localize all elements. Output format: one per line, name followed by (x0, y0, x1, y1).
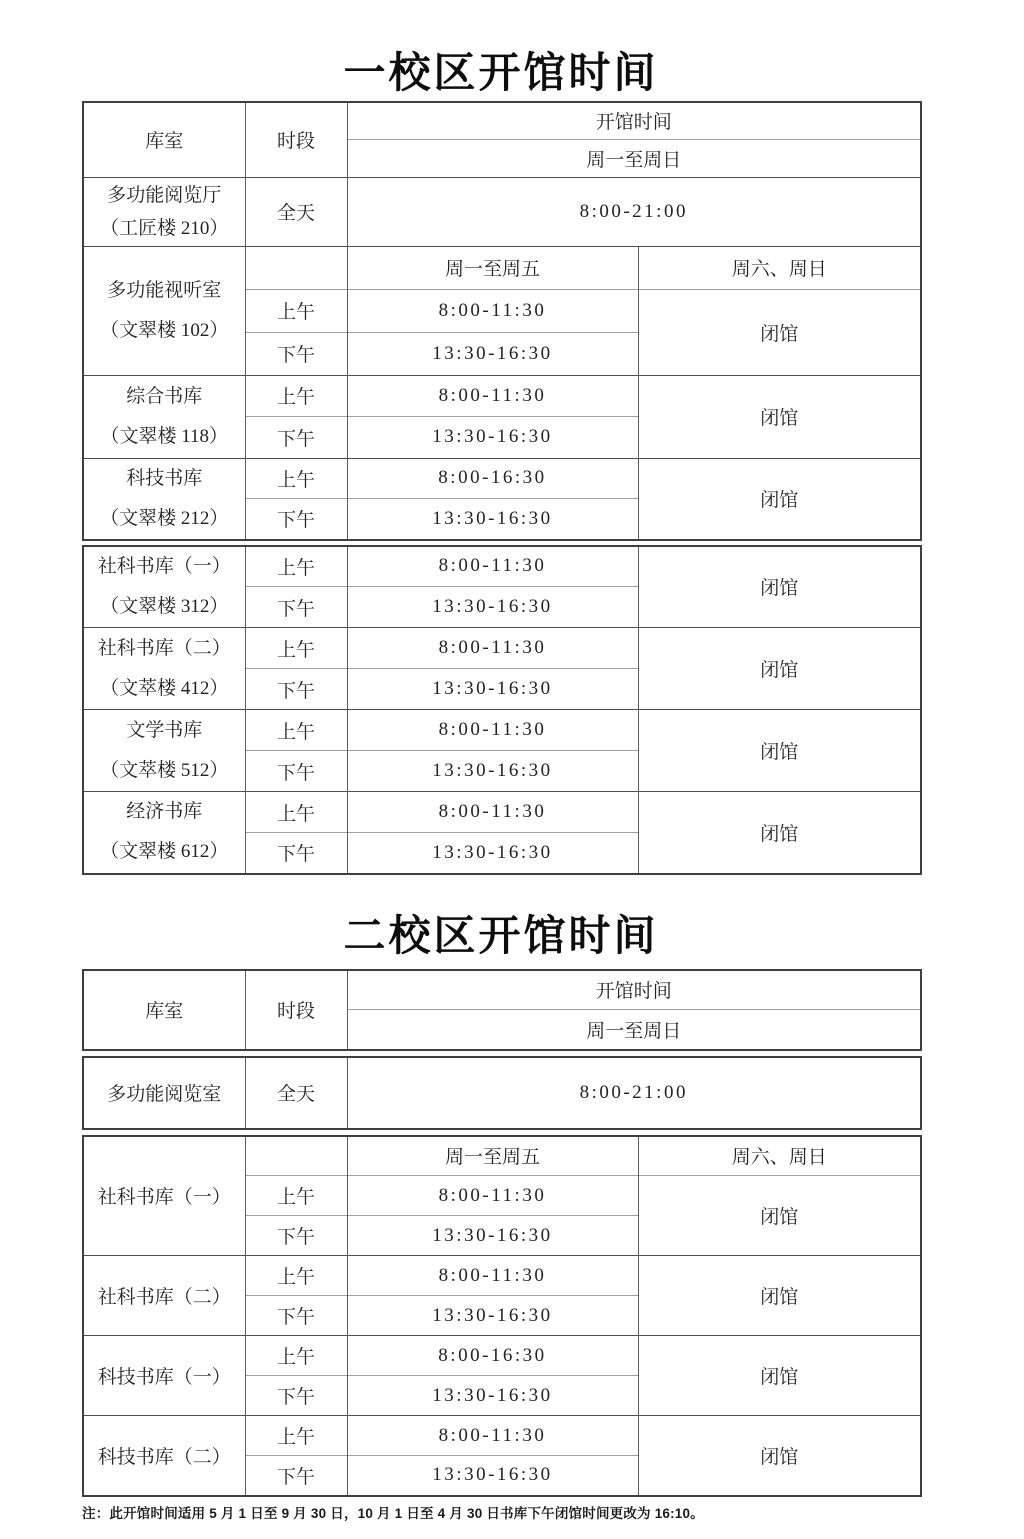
period-cell: 下午 (245, 1456, 347, 1496)
time-cell: 13:30-16:30 (347, 498, 638, 539)
header-mon-fri-cell: 周一至周五 (347, 1136, 638, 1176)
period-cell: 下午 (245, 1216, 347, 1256)
time-cell: 8:00-11:30 (347, 628, 638, 669)
room-name-block: 科技书库 （文翠楼 212） (84, 459, 245, 539)
period-cell: 上午 (245, 792, 347, 833)
document-content: 一校区开馆时间 库室 时段 开馆时间 周一至周日 多功能阅览厅 （工匠楼 2 (82, 0, 920, 1522)
room-name: 多功能阅览厅 (84, 179, 245, 212)
time-cell: 8:00-21:00 (347, 1057, 921, 1129)
room-name: 经济书库 (84, 792, 245, 832)
footnote: 注：此开馆时间适用 5 月 1 日至 9 月 30 日，10 月 1 日至 4 … (82, 1502, 920, 1522)
header-open-time-cell: 开馆时间 (347, 102, 921, 139)
period-cell: 上午 (245, 1176, 347, 1216)
time-cell: 13:30-16:30 (347, 833, 638, 874)
period-cell: 下午 (245, 1296, 347, 1336)
room-location: （文翠楼 612） (84, 832, 245, 872)
time-cell: 13:30-16:30 (347, 332, 638, 375)
header-mon-sun-cell: 周一至周日 (347, 1010, 921, 1050)
period-cell: 下午 (245, 416, 347, 458)
time-cell: 8:00-16:30 (347, 1336, 638, 1376)
header-open-time-cell: 开馆时间 (347, 970, 921, 1010)
room-location: （文翠楼 212） (84, 499, 245, 539)
period-cell: 下午 (245, 587, 347, 628)
closed-cell: 闭馆 (638, 546, 921, 628)
header-mon-sun-cell: 周一至周日 (347, 139, 921, 177)
period-cell: 上午 (245, 1336, 347, 1376)
closed-cell: 闭馆 (638, 1336, 921, 1416)
room-cell: 科技书库（二） (83, 1416, 245, 1496)
campus2-title: 二校区开馆时间 (82, 913, 920, 961)
campus1-table-top: 库室 时段 开馆时间 周一至周日 多功能阅览厅 （工匠楼 210） 全天 8 (82, 101, 922, 541)
room-name-block: 综合书库 （文翠楼 118） (84, 377, 245, 457)
period-cell: 下午 (245, 751, 347, 792)
room-location: （工匠楼 210） (84, 212, 245, 245)
room-cell: 科技书库 （文翠楼 212） (83, 458, 245, 540)
room-cell: 多功能阅览室 (83, 1057, 245, 1129)
room-cell: 经济书库 （文翠楼 612） (83, 792, 245, 874)
period-cell: 下午 (245, 498, 347, 539)
period-cell: 上午 (245, 710, 347, 751)
room-name-block: 多功能阅览厅 （工匠楼 210） (84, 179, 245, 245)
header-mon-fri-cell: 周一至周五 (347, 246, 638, 289)
period-cell: 上午 (245, 458, 347, 498)
period-cell: 全天 (245, 1057, 347, 1129)
room-name: 文学书库 (84, 711, 245, 751)
room-cell: 社科书库（二） （文萃楼 412） (83, 628, 245, 710)
room-name: 社科书库（一） (84, 547, 245, 587)
document-page: 一校区开馆时间 库室 时段 开馆时间 周一至周日 多功能阅览厅 （工匠楼 2 (0, 0, 1024, 1539)
room-location: （文萃楼 512） (84, 751, 245, 791)
room-name-block: 文学书库 （文萃楼 512） (84, 711, 245, 791)
time-cell: 8:00-11:30 (347, 1416, 638, 1456)
time-cell: 8:00-11:30 (347, 546, 638, 587)
time-cell: 8:00-11:30 (347, 375, 638, 416)
room-name: 综合书库 (84, 377, 245, 417)
campus2-table-allday: 多功能阅览室 全天 8:00-21:00 (82, 1056, 922, 1130)
time-cell: 13:30-16:30 (347, 1296, 638, 1336)
period-cell: 上午 (245, 546, 347, 587)
header-room-cell: 库室 (83, 970, 245, 1050)
time-cell: 13:30-16:30 (347, 416, 638, 458)
time-cell: 8:00-11:30 (347, 1176, 638, 1216)
period-cell: 全天 (245, 177, 347, 246)
room-name-block: 社科书库（二） （文萃楼 412） (84, 629, 245, 709)
room-cell: 社科书库（一） (83, 1136, 245, 1256)
header-room-cell: 库室 (83, 102, 245, 177)
room-name: 多功能视听室 (84, 271, 245, 311)
period-cell: 上午 (245, 1416, 347, 1456)
campus2-table-stacks: 社科书库（一） 周一至周五 周六、周日 上午 8:00-11:30 闭馆 下午 … (82, 1135, 922, 1497)
header-period-cell: 时段 (245, 970, 347, 1050)
time-cell: 8:00-16:30 (347, 458, 638, 498)
room-cell: 社科书库（二） (83, 1256, 245, 1336)
room-name: 社科书库（二） (84, 629, 245, 669)
header-weekend-cell: 周六、周日 (638, 246, 921, 289)
time-cell: 13:30-16:30 (347, 1456, 638, 1496)
time-cell: 8:00-11:30 (347, 1256, 638, 1296)
room-cell: 多功能视听室 （文翠楼 102） (83, 246, 245, 375)
time-cell: 13:30-16:30 (347, 669, 638, 710)
time-cell: 13:30-16:30 (347, 1216, 638, 1256)
room-cell: 社科书库（一） （文翠楼 312） (83, 546, 245, 628)
period-cell: 上午 (245, 1256, 347, 1296)
room-cell: 科技书库（一） (83, 1336, 245, 1416)
room-cell: 多功能阅览厅 （工匠楼 210） (83, 177, 245, 246)
closed-cell: 闭馆 (638, 1176, 921, 1256)
room-location: （文翠楼 102） (84, 311, 245, 351)
period-cell-empty (245, 1136, 347, 1176)
header-period-cell: 时段 (245, 102, 347, 177)
room-name-block: 经济书库 （文翠楼 612） (84, 792, 245, 872)
closed-cell: 闭馆 (638, 1256, 921, 1336)
room-name-block: 多功能视听室 （文翠楼 102） (84, 271, 245, 351)
room-location: （文翠楼 118） (84, 417, 245, 457)
closed-cell: 闭馆 (638, 458, 921, 540)
room-location: （文翠楼 312） (84, 587, 245, 627)
room-name-block: 社科书库（一） （文翠楼 312） (84, 547, 245, 627)
period-cell: 上午 (245, 628, 347, 669)
campus1-title: 一校区开馆时间 (82, 0, 920, 98)
time-cell: 13:30-16:30 (347, 1376, 638, 1416)
room-location: （文萃楼 412） (84, 669, 245, 709)
period-cell: 下午 (245, 833, 347, 874)
closed-cell: 闭馆 (638, 289, 921, 375)
period-cell: 上午 (245, 289, 347, 332)
time-cell: 8:00-11:30 (347, 289, 638, 332)
time-cell: 8:00-11:30 (347, 710, 638, 751)
room-name: 科技书库 (84, 459, 245, 499)
closed-cell: 闭馆 (638, 628, 921, 710)
closed-cell: 闭馆 (638, 792, 921, 874)
period-cell: 下午 (245, 669, 347, 710)
closed-cell: 闭馆 (638, 710, 921, 792)
closed-cell: 闭馆 (638, 375, 921, 458)
campus2-table-header: 库室 时段 开馆时间 周一至周日 (82, 969, 922, 1051)
period-cell: 下午 (245, 1376, 347, 1416)
closed-cell: 闭馆 (638, 1416, 921, 1496)
room-cell: 文学书库 （文萃楼 512） (83, 710, 245, 792)
time-cell: 13:30-16:30 (347, 587, 638, 628)
header-weekend-cell: 周六、周日 (638, 1136, 921, 1176)
time-cell: 8:00-21:00 (347, 177, 921, 246)
campus1-table-bottom: 社科书库（一） （文翠楼 312） 上午 8:00-11:30 闭馆 下午 13… (82, 545, 922, 875)
period-cell-empty (245, 246, 347, 289)
room-cell: 综合书库 （文翠楼 118） (83, 375, 245, 458)
time-cell: 8:00-11:30 (347, 792, 638, 833)
period-cell: 下午 (245, 332, 347, 375)
time-cell: 13:30-16:30 (347, 751, 638, 792)
period-cell: 上午 (245, 375, 347, 416)
